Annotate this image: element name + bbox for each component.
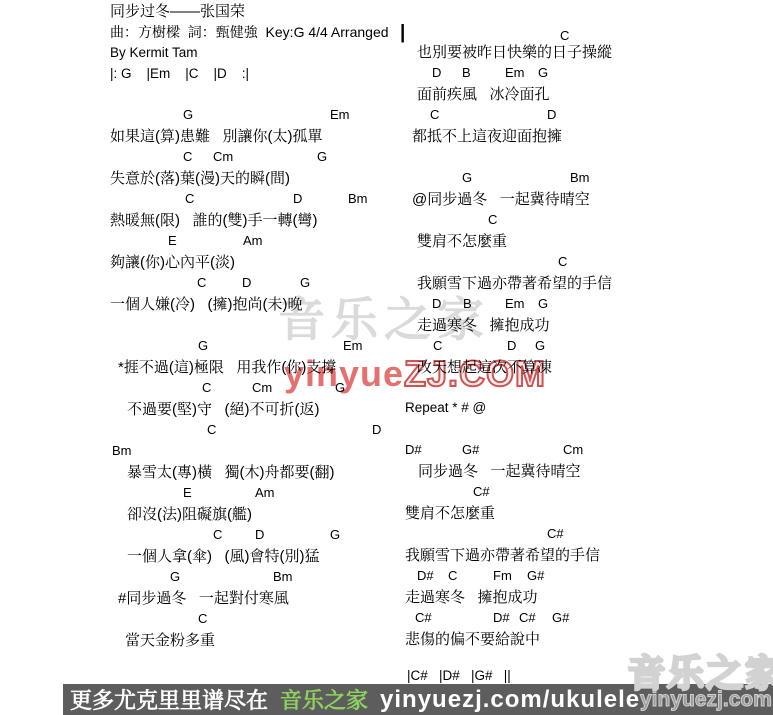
chord-cs: C# <box>415 610 432 626</box>
chord-bm: Bm <box>570 170 590 186</box>
lyric-line: 暴雪太(專)橫 獨(木)舟都要(翻) <box>127 464 334 482</box>
lyric-line: 卻沒(法)阻礙旗(艦) <box>127 506 252 524</box>
chord-em: Em <box>330 107 350 123</box>
chord-g: G <box>330 527 340 543</box>
lyric-line: 夠讓(你)心內平(淡) <box>110 254 235 272</box>
banner-site-url: yinyuezj.com/ukulele <box>380 686 640 714</box>
intro-chord-bar: |: G |Em |C |D :| <box>110 66 249 82</box>
chord-am: Am <box>243 233 263 249</box>
chord-em: Em <box>343 338 363 354</box>
chord-g: G <box>198 338 208 354</box>
lyric-line: #同步過冬 一起對付寒風 <box>118 590 289 608</box>
lyric-line: 雙肩不怎麼重 <box>417 233 507 251</box>
chord-g: G <box>170 569 180 585</box>
chord-g: G <box>335 380 345 396</box>
chord-b: B <box>462 65 471 81</box>
chord-c: C <box>202 380 211 396</box>
chord-c: C <box>560 28 569 44</box>
chord-g: G <box>317 149 327 165</box>
lyric-line: 走過寒冬 擁抱成功 <box>417 317 550 335</box>
chord-am: Am <box>255 485 275 501</box>
chord-c: C <box>488 212 497 228</box>
song-sheet: 同步过冬——张国荣 曲：方樹樑 詞：甄健強 Key:G 4/4 Arranged… <box>0 0 773 715</box>
lyric-line: 熱暖無(限) 誰的(雙)手一轉(彎) <box>110 212 317 230</box>
banner-brand: 音乐之家 <box>280 684 368 715</box>
chord-d: D <box>432 65 441 81</box>
chord-gs: G# <box>552 610 569 626</box>
chord-c: C <box>183 149 192 165</box>
arranger-byline: By Kermit Tam <box>110 45 198 61</box>
chord-g: G <box>300 275 310 291</box>
corner-logo-site: yinyuezj.com <box>640 687 772 712</box>
chord-d: D <box>372 422 381 438</box>
chord-d: D <box>242 275 251 291</box>
song-credits: 曲：方樹樑 詞：甄健強 Key:G 4/4 Arranged <box>110 24 389 41</box>
chord-g: G <box>535 338 545 354</box>
chord-c: C <box>448 568 457 584</box>
lyric-line: 一個人拿(傘) (風)會特(別)猛 <box>127 548 319 566</box>
lyric-line: @同步過冬 一起冀待晴空 <box>412 191 590 209</box>
chord-g: G <box>462 170 472 186</box>
lyric-line: 改天想起這次不算凍 <box>417 359 552 377</box>
lyric-line: 同步過冬 一起冀待晴空 <box>418 463 581 481</box>
chord-c: C <box>207 422 216 438</box>
lyric-line: 也別要被昨日快樂的日子操縱 <box>417 44 612 62</box>
lyric-line: 不過要(堅)守 (絕)不可折(返) <box>127 401 319 419</box>
chord-cs: C# <box>547 526 564 542</box>
outro-bar: |C# |D# |G# || <box>407 668 511 684</box>
chord-ds: D# <box>493 610 510 626</box>
lyric-line: 悲傷的偏不要給說中 <box>405 631 540 649</box>
chord-cs: C# <box>519 610 536 626</box>
chord-gs: G# <box>527 568 544 584</box>
chord-g: G <box>538 65 548 81</box>
chord-cm: Cm <box>252 380 272 396</box>
lyric-line: 失意於(落)葉(漫)天的瞬(間) <box>110 170 290 188</box>
chord-d: D <box>255 527 264 543</box>
chord-fm: Fm <box>493 568 512 584</box>
lyric-line: 都抵不上這夜迎面抱擁 <box>412 128 562 146</box>
lyric-line: 當天金粉多重 <box>125 632 215 650</box>
chord-e: E <box>168 233 177 249</box>
chord-ds: D# <box>405 442 422 458</box>
lyric-line: *捱不過(這)極限 用我作(你)支撐 <box>118 359 336 377</box>
chord-cm: Cm <box>563 442 583 458</box>
text-cursor-mark: | <box>400 22 405 45</box>
chord-cs: C# <box>473 484 490 500</box>
repeat-instruction: Repeat * # @ <box>405 400 486 416</box>
lyric-line: 一個人嫌(冷) (擁)抱尚(未)晚 <box>110 296 302 314</box>
chord-d: D <box>507 338 516 354</box>
chord-c: C <box>213 527 222 543</box>
chord-e: E <box>183 485 192 501</box>
banner-text: 更多尤克里里谱尽在 <box>70 684 268 715</box>
chord-em: Em <box>505 296 525 312</box>
chord-c: C <box>197 275 206 291</box>
chord-d: D <box>293 191 302 207</box>
chord-em: Em <box>505 65 525 81</box>
chord-d: D <box>432 296 441 312</box>
lyric-line: 我願雪下過亦帶著希望的手信 <box>417 275 612 293</box>
chord-cm: Cm <box>213 149 233 165</box>
chord-bm: Bm <box>112 443 132 459</box>
chord-gs: G# <box>462 442 479 458</box>
chord-bm: Bm <box>348 191 368 207</box>
chord-c: C <box>433 338 442 354</box>
lyric-line: 如果這(算)患難 別讓你(太)孤單 <box>110 128 322 146</box>
chord-ds: D# <box>417 568 434 584</box>
lyric-line: 雙肩不怎麼重 <box>405 505 495 523</box>
song-title: 同步过冬——张国荣 <box>110 3 245 21</box>
chord-c: C <box>558 254 567 270</box>
chord-b: B <box>463 296 472 312</box>
lyric-line: 走過寒冬 擁抱成功 <box>405 589 538 607</box>
chord-c: C <box>430 107 439 123</box>
lyric-line: 面前疾風 冰冷面孔 <box>417 86 550 104</box>
chord-c: C <box>198 611 207 627</box>
chord-bm: Bm <box>273 569 293 585</box>
chord-c: C <box>185 191 194 207</box>
chord-g: G <box>183 107 193 123</box>
chord-g: G <box>538 296 548 312</box>
lyric-line: 我願雪下過亦帶著希望的手信 <box>405 547 600 565</box>
chord-d: D <box>547 107 556 123</box>
